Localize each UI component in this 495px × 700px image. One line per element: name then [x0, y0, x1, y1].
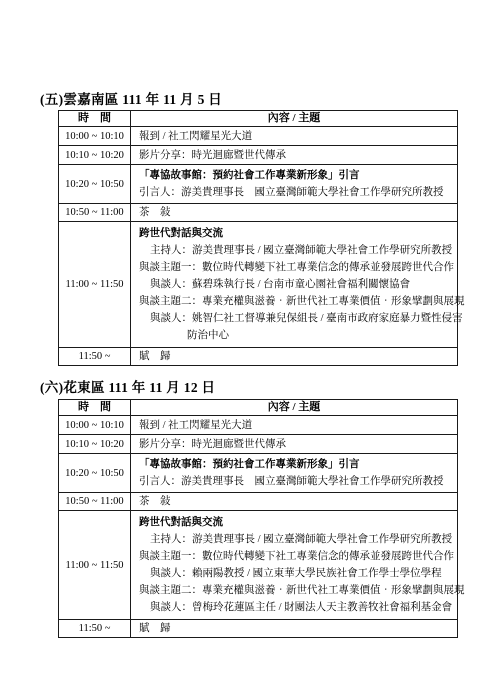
- content-line: 「專協故事館：預約社會工作專業新形象」引言: [139, 456, 455, 473]
- content-cell: 跨世代對話與交流 主持人：游美貴理事長 / 國立臺灣師範大學社會工作學研究所教授…: [131, 511, 458, 620]
- content-cell: 茶 敍: [131, 204, 458, 222]
- time-cell: 10:10 ~ 10:20: [59, 146, 131, 165]
- col-header-content: 內容 / 主題: [131, 400, 458, 416]
- content-line: 與談主題二：專業充權與滋養‧新世代社工專業價值‧形象擘劃與展現: [139, 293, 455, 310]
- time-cell: 10:20 ~ 10:50: [59, 165, 131, 204]
- time-cell: 11:00 ~ 11:50: [59, 222, 131, 348]
- table-row: 11:50 ~ 賦 歸: [59, 620, 458, 638]
- content-line: 報到 / 社工閃耀星光大道: [139, 417, 455, 434]
- table-header-row: 時 間 內容 / 主題: [59, 111, 458, 127]
- content-line: 與談主題一：數位時代轉變下社工專業信念的傳承並發展跨世代合作: [139, 259, 455, 276]
- content-line: 與談人：曾梅玲花蓮區主任 / 財團法人天主教善牧社會福利基金會: [139, 599, 455, 616]
- content-cell: 報到 / 社工閃耀星光大道: [131, 416, 458, 435]
- content-cell: 茶 敍: [131, 493, 458, 511]
- schedule-table: 時 間 內容 / 主題 10:00 ~ 10:10 報到 / 社工閃耀星光大道 …: [58, 110, 458, 366]
- table-row: 10:50 ~ 11:00 茶 敍: [59, 204, 458, 222]
- content-line: 與談人：姚智仁社工督導兼兒保組長 / 臺南市政府家庭暴力暨性侵害: [139, 310, 455, 327]
- content-cell: 賦 歸: [131, 348, 458, 366]
- col-header-time: 時 間: [59, 111, 131, 127]
- table-row: 10:00 ~ 10:10 報到 / 社工閃耀星光大道: [59, 416, 458, 435]
- table-row: 10:00 ~ 10:10 報到 / 社工閃耀星光大道: [59, 127, 458, 146]
- table-row: 10:20 ~ 10:50 「專協故事館：預約社會工作專業新形象」引言 引言人：…: [59, 165, 458, 204]
- content-cell: 影片分享：時光迴廊暨世代傳承: [131, 146, 458, 165]
- time-cell: 10:00 ~ 10:10: [59, 127, 131, 146]
- section-heading: (五)雲嘉南區 111 年 11 月 5 日: [40, 88, 222, 108]
- time-cell: 10:00 ~ 10:10: [59, 416, 131, 435]
- time-cell: 10:10 ~ 10:20: [59, 435, 131, 454]
- table-row: 11:50 ~ 賦 歸: [59, 348, 458, 366]
- section-heading: (六)花東區 111 年 11 月 12 日: [40, 376, 215, 396]
- content-cell: 影片分享：時光迴廊暨世代傳承: [131, 435, 458, 454]
- table-row: 10:10 ~ 10:20 影片分享：時光迴廊暨世代傳承: [59, 435, 458, 454]
- content-line: 主持人：游美貴理事長 / 國立臺灣師範大學社會工作學研究所教授: [139, 242, 455, 259]
- content-line: 報到 / 社工閃耀星光大道: [139, 128, 455, 145]
- time-cell: 11:50 ~: [59, 348, 131, 366]
- content-line: 引言人：游美貴理事長 國立臺灣師範大學社會工作學研究所教授: [139, 473, 455, 490]
- content-line: 賦 歸: [139, 348, 455, 365]
- content-line: 引言人：游美貴理事長 國立臺灣師範大學社會工作學研究所教授: [139, 184, 455, 201]
- time-cell: 11:50 ~: [59, 620, 131, 638]
- table-row: 11:00 ~ 11:50 跨世代對話與交流 主持人：游美貴理事長 / 國立臺灣…: [59, 222, 458, 348]
- content-line: 跨世代對話與交流: [139, 514, 455, 531]
- content-line: 與談人：蘇碧珠執行長 / 台南市童心園社會福利關懷協會: [139, 276, 455, 293]
- content-cell: 跨世代對話與交流 主持人：游美貴理事長 / 國立臺灣師範大學社會工作學研究所教授…: [131, 222, 458, 348]
- table-row: 11:00 ~ 11:50 跨世代對話與交流 主持人：游美貴理事長 / 國立臺灣…: [59, 511, 458, 620]
- content-line: 主持人：游美貴理事長 / 國立臺灣師範大學社會工作學研究所教授: [139, 531, 455, 548]
- table-row: 10:50 ~ 11:00 茶 敍: [59, 493, 458, 511]
- schedule-table: 時 間 內容 / 主題 10:00 ~ 10:10 報到 / 社工閃耀星光大道 …: [58, 399, 458, 638]
- content-line: 跨世代對話與交流: [139, 225, 455, 242]
- content-cell: 「專協故事館：預約社會工作專業新形象」引言 引言人：游美貴理事長 國立臺灣師範大…: [131, 165, 458, 204]
- content-line: 賦 歸: [139, 620, 455, 637]
- content-line: 茶 敍: [139, 493, 455, 510]
- content-line: 與談主題一：數位時代轉變下社工專業信念的傳承並發展跨世代合作: [139, 548, 455, 565]
- content-line: 影片分享：時光迴廊暨世代傳承: [139, 436, 455, 453]
- time-cell: 10:50 ~ 11:00: [59, 204, 131, 222]
- col-header-time: 時 間: [59, 400, 131, 416]
- table-header-row: 時 間 內容 / 主題: [59, 400, 458, 416]
- content-cell: 「專協故事館：預約社會工作專業新形象」引言 引言人：游美貴理事長 國立臺灣師範大…: [131, 454, 458, 493]
- time-cell: 10:50 ~ 11:00: [59, 493, 131, 511]
- content-line: 「專協故事館：預約社會工作專業新形象」引言: [139, 167, 455, 184]
- content-line: 防治中心: [139, 327, 455, 344]
- time-cell: 10:20 ~ 10:50: [59, 454, 131, 493]
- content-line: 影片分享：時光迴廊暨世代傳承: [139, 147, 455, 164]
- content-line: 與談人：賴兩陽教授 / 國立東華大學民族社會工作學士學位學程: [139, 565, 455, 582]
- content-cell: 賦 歸: [131, 620, 458, 638]
- table-row: 10:20 ~ 10:50 「專協故事館：預約社會工作專業新形象」引言 引言人：…: [59, 454, 458, 493]
- content-line: 茶 敍: [139, 204, 455, 221]
- content-cell: 報到 / 社工閃耀星光大道: [131, 127, 458, 146]
- col-header-content: 內容 / 主題: [131, 111, 458, 127]
- page: { "document": { "background": "#ffffff",…: [0, 0, 495, 700]
- time-cell: 11:00 ~ 11:50: [59, 511, 131, 620]
- table-row: 10:10 ~ 10:20 影片分享：時光迴廊暨世代傳承: [59, 146, 458, 165]
- content-line: 與談主題二：專業充權與滋養‧新世代社工專業價值‧形象擘劃與展現: [139, 582, 455, 599]
